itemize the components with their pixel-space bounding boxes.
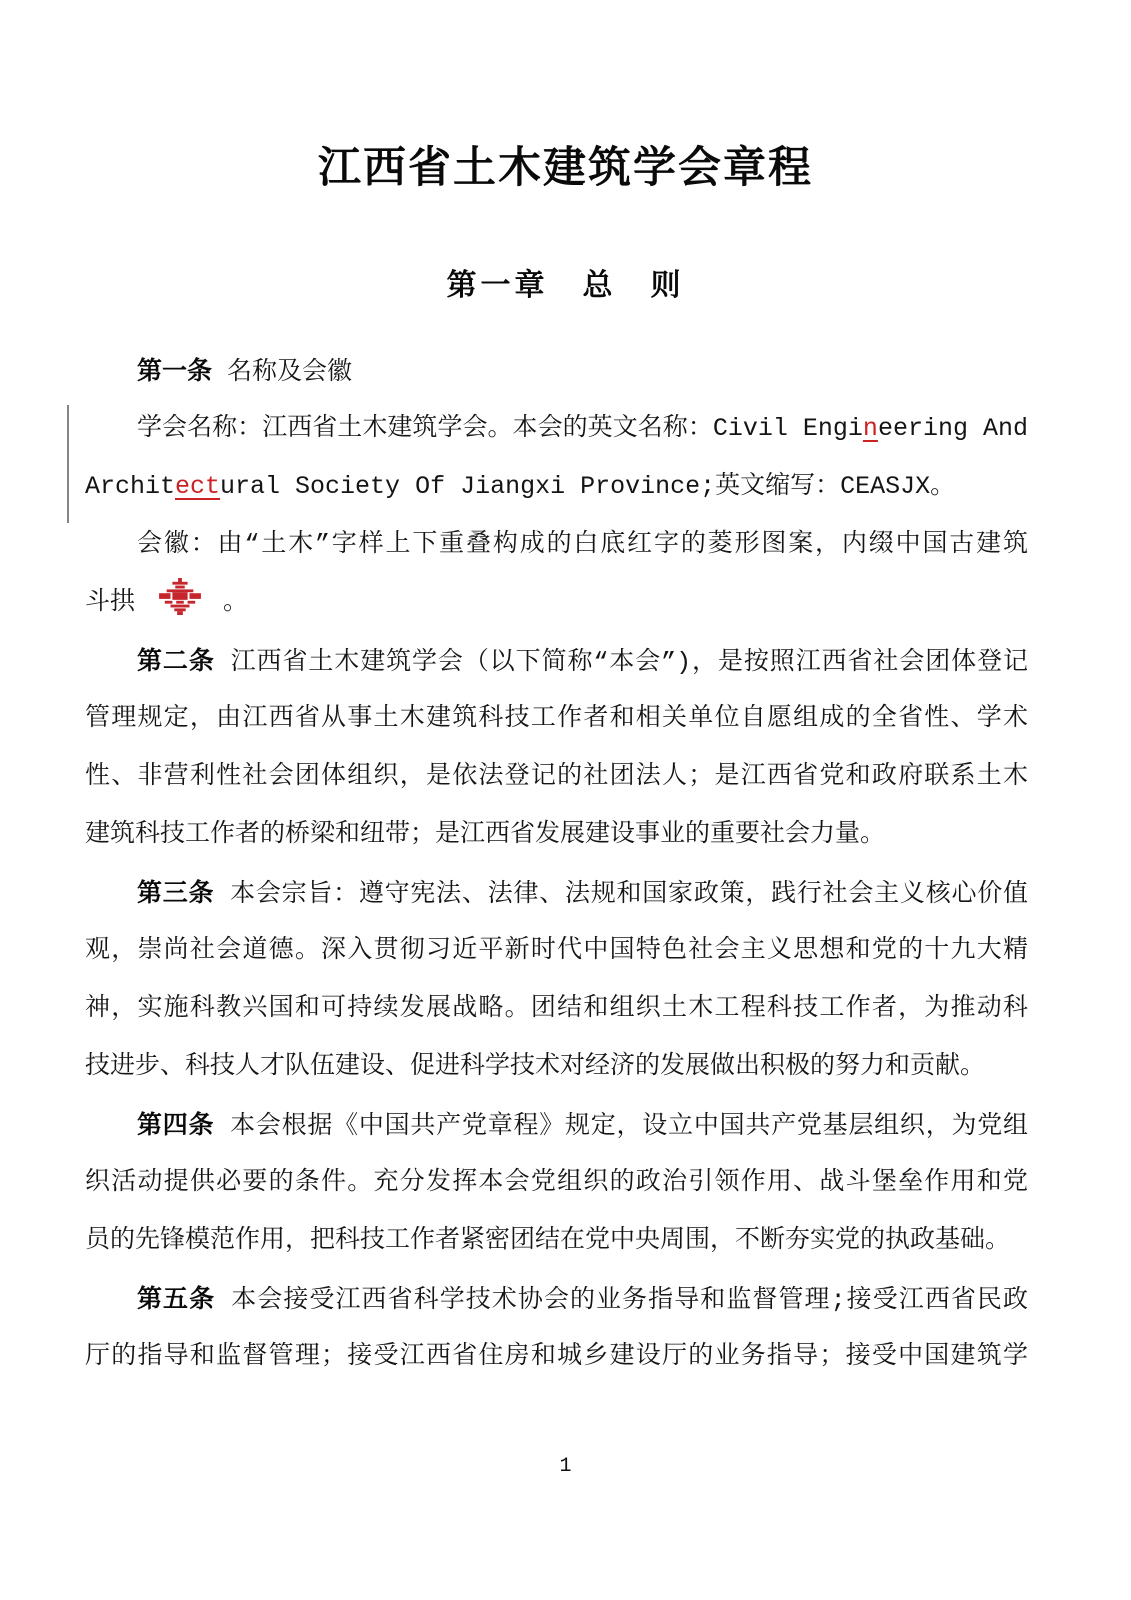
text-segment: eering And <box>878 414 1028 443</box>
document-line: 厅的指导和监督管理；接受江西省住房和城乡建设厅的业务指导；接受中国建筑学 <box>85 1328 1028 1386</box>
document-line: 观，崇尚社会道德。深入贯彻习近平新时代中国特色社会主义思想和党的十九大精 <box>85 922 1028 980</box>
article-number-label: 第一条 <box>137 357 212 385</box>
document-line: 斗拱 。 <box>85 574 1028 632</box>
text-segment: 名称及会徽 <box>212 358 352 387</box>
document-line: 第四条 本会根据《中国共产党章程》规定，设立中国共产党基层组织，为党组 <box>85 1096 1028 1154</box>
text-segment: 学会名称：江西省土木建筑学会。本会的英文名称：Civil Engi <box>137 414 863 443</box>
spellcheck-flagged-text: n <box>863 414 878 443</box>
document-page: 江西省土木建筑学会章程 第一章 总 则 第一条 名称及会徽学会名称：江西省土木建… <box>0 0 1131 1600</box>
document-line: 第二条 江西省土木建筑学会（以下简称“本会”)，是按照江西省社会团体登记 <box>85 632 1028 690</box>
text-segment: Archit <box>85 472 175 501</box>
text-segment: 技进步、科技人才队伍建设、促进科学技术对经济的发展做出积极的努力和贡献。 <box>85 1052 985 1081</box>
document-line: 神，实施科教兴国和可持续发展战略。团结和组织土木工程科技工作者，为推动科 <box>85 980 1028 1038</box>
document-line: 学会名称：江西省土木建筑学会。本会的英文名称：Civil Engineering… <box>85 400 1028 458</box>
spellcheck-flagged-text: ect <box>175 472 220 501</box>
document-line: 技进步、科技人才队伍建设、促进科学技术对经济的发展做出积极的努力和贡献。 <box>85 1038 1028 1096</box>
document-line: 管理规定，由江西省从事土木建筑科技工作者和相关单位自愿组成的全省性、学术 <box>85 690 1028 748</box>
document-line: 员的先锋模范作用，把科技工作者紧密团结在党中央周围，不断夯实党的执政基础。 <box>85 1212 1028 1270</box>
text-segment: 会徽：由“土木”字样上下重叠构成的白底红字的菱形图案，内缀中国古建筑 <box>137 530 1028 559</box>
text-segment: 本会接受江西省科学技术协会的业务指导和监督管理;接受江西省民政 <box>215 1286 1028 1315</box>
text-segment: 。 <box>223 588 248 617</box>
text-segment: 江西省土木建筑学会（以下简称“本会”)，是按照江西省社会团体登记 <box>215 648 1028 677</box>
text-segment: 性、非营利性社会团体组织，是依法登记的社团法人；是江西省党和政府联系土木 <box>85 762 1028 791</box>
page-title: 江西省土木建筑学会章程 <box>0 142 1131 194</box>
article-number-label: 第四条 <box>137 1111 214 1139</box>
article-number-label: 第二条 <box>137 647 215 675</box>
document-line: 会徽：由“土木”字样上下重叠构成的白底红字的菱形图案，内缀中国古建筑 <box>85 516 1028 574</box>
document-line: 性、非营利性社会团体组织，是依法登记的社团法人；是江西省党和政府联系土木 <box>85 748 1028 806</box>
text-segment: 本会根据《中国共产党章程》规定，设立中国共产党基层组织，为党组 <box>214 1112 1028 1141</box>
text-segment: 管理规定，由江西省从事土木建筑科技工作者和相关单位自愿组成的全省性、学术 <box>85 704 1028 733</box>
text-segment: 织活动提供必要的条件。充分发挥本会党组织的政治引领作用、战斗堡垒作用和党 <box>85 1168 1028 1197</box>
document-line: 第五条 本会接受江西省科学技术协会的业务指导和监督管理;接受江西省民政 <box>85 1270 1028 1328</box>
text-segment: 斗拱 <box>85 588 135 617</box>
document-body: 第一条 名称及会徽学会名称：江西省土木建筑学会。本会的英文名称：Civil En… <box>0 342 1131 1386</box>
document-line: 建筑科技工作者的桥梁和纽带；是江西省发展建设事业的重要社会力量。 <box>85 806 1028 864</box>
document-line: 第三条 本会宗旨：遵守宪法、法律、法规和国家政策，践行社会主义核心价值 <box>85 864 1028 922</box>
text-segment: 建筑科技工作者的桥梁和纽带；是江西省发展建设事业的重要社会力量。 <box>85 820 885 849</box>
chapter-heading: 第一章 总 则 <box>0 266 1131 306</box>
article-number-label: 第三条 <box>137 879 214 907</box>
society-emblem-icon <box>158 578 202 616</box>
text-segment: 员的先锋模范作用，把科技工作者紧密团结在党中央周围，不断夯实党的执政基础。 <box>85 1226 1010 1255</box>
text-segment: 厅的指导和监督管理；接受江西省住房和城乡建设厅的业务指导；接受中国建筑学 <box>85 1342 1028 1371</box>
document-line: 第一条 名称及会徽 <box>85 342 1028 400</box>
text-segment: 观，崇尚社会道德。深入贯彻习近平新时代中国特色社会主义思想和党的十九大精 <box>85 936 1028 965</box>
article-number-label: 第五条 <box>137 1285 215 1313</box>
text-segment: 本会宗旨：遵守宪法、法律、法规和国家政策，践行社会主义核心价值 <box>214 880 1028 909</box>
text-segment: ural Society Of Jiangxi Province;英文缩写：CE… <box>220 472 955 501</box>
document-line: 织活动提供必要的条件。充分发挥本会党组织的政治引领作用、战斗堡垒作用和党 <box>85 1154 1028 1212</box>
revision-change-bar <box>67 405 69 523</box>
page-number: 1 <box>0 1452 1131 1482</box>
text-segment: 神，实施科教兴国和可持续发展战略。团结和组织土木工程科技工作者，为推动科 <box>85 994 1028 1023</box>
document-line: Architectural Society Of Jiangxi Provinc… <box>85 458 1028 516</box>
